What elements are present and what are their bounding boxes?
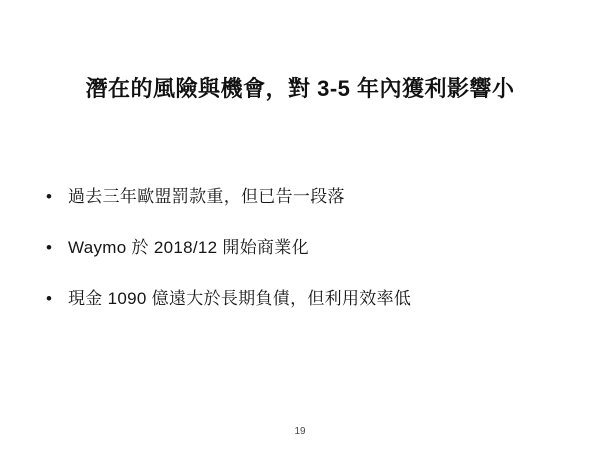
bullet-dot-icon: • xyxy=(46,188,68,206)
page-number: 19 xyxy=(0,426,600,437)
bullet-text: Waymo 於 2018/12 開始商業化 xyxy=(68,239,309,257)
bullet-item: • 現金 1090 億遠大於長期負債，但利用效率低 xyxy=(46,290,570,308)
bullet-item: • Waymo 於 2018/12 開始商業化 xyxy=(46,239,570,257)
bullet-item: • 過去三年歐盟罰款重，但已告一段落 xyxy=(46,188,570,206)
bullet-dot-icon: • xyxy=(46,290,68,308)
presentation-slide: 潛在的風險與機會，對 3-5 年內獲利影響小 • 過去三年歐盟罰款重，但已告一段… xyxy=(0,0,600,450)
bullet-text: 現金 1090 億遠大於長期負債，但利用效率低 xyxy=(68,290,411,308)
bullet-text: 過去三年歐盟罰款重，但已告一段落 xyxy=(68,188,345,206)
slide-title: 潛在的風險與機會，對 3-5 年內獲利影響小 xyxy=(0,72,600,103)
bullet-dot-icon: • xyxy=(46,239,68,257)
bullet-list: • 過去三年歐盟罰款重，但已告一段落 • Waymo 於 2018/12 開始商… xyxy=(46,188,570,341)
